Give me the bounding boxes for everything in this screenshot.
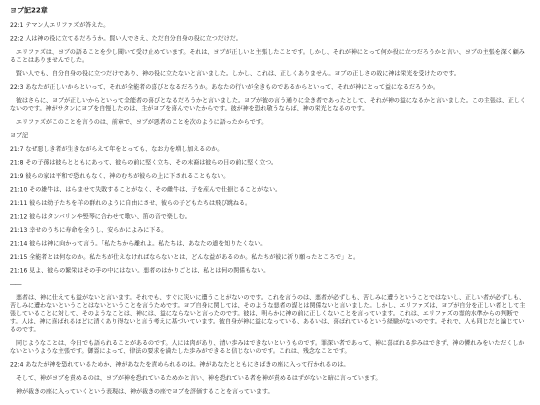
document-page: ヨブ記22章 22:1 テマン人エリファズが答えた。22:2 人は神の役に立てる…: [0, 0, 540, 405]
commentary-paragraph: 彼はさらに、ヨブが正しいからといって全能者の喜びとなるだろうかと言いました。ヨブ…: [10, 97, 530, 113]
commentary-paragraph: 同じようなことは、今日でも語られることがあるのです。人には肉があり、清い歩みはで…: [10, 339, 530, 355]
verse-line: 21:16 見よ、彼らの繁栄はその手の中にはない。悪者のはかりごとは、私とは何の…: [10, 267, 530, 275]
document-body: 22:1 テマン人エリファズが答えた。22:2 人は神の役に立てるだろうか。賢い…: [10, 21, 530, 396]
verse-line: 21:12 彼らはタンバリンや竪琴に合わせて歌い、笛の音で楽しむ。: [10, 213, 530, 221]
verse-line: 22:2 人は神の役に立てるだろうか。賢い人でさえ、ただ自分自身の役に立つだけだ…: [10, 35, 530, 43]
verse-line: 21:7 なぜ悪しき者が生きながらえて年をとっても、なお力を増し加えるのか。: [10, 145, 530, 153]
commentary-paragraph: エリファズがこのことを言うのは、前章で、ヨブが悪者のことを次のように語ったからで…: [10, 118, 530, 126]
verse-line: 21:9 彼らの家は平和で恐れもなく、神のむちが彼らの上に下されることもない。: [10, 172, 530, 180]
commentary-paragraph: 神が裁きの座に入っていくという表現は、神が裁きの座でヨブを評価することを言ってい…: [10, 388, 530, 396]
page-title: ヨブ記22章: [10, 7, 530, 16]
verse-line: 21:15 全能者とは何なのか。私たちが仕えなければならないとは、どんな益がある…: [10, 253, 530, 261]
verse-line: 22:3 あなたが正しいからといって、それが全能者の喜びとなるだろうか。あなたの…: [10, 83, 530, 91]
commentary-paragraph: そして、神がヨブを責めるのは、ヨブが神を恐れているためかと言い、神を恐れている者…: [10, 374, 530, 382]
commentary-paragraph: 賢い人でも、自分自身の役に立つだけであり、神の役に立たないと言いました。しかし、…: [10, 70, 530, 78]
verse-line: 22:1 テマン人エリファズが答えた。: [10, 21, 530, 29]
verse-line: 21:8 その子孫は彼らとともにあって、彼らの前に堅く立ち、その末裔は彼らの目の…: [10, 159, 530, 167]
verse-line: 21:14 彼らは神に向かって言う。「私たちから離れよ。私たちは、あなたの道を知…: [10, 240, 530, 248]
verse-line: 21:10 その雄牛は、はらませて失敗することがなく、その雌牛は、子を産んで仕損…: [10, 186, 530, 194]
verse-line: ヨブ記: [10, 132, 530, 140]
commentary-paragraph: 悪者は、神に仕えても益がないと言います。それでも、すぐに災いに遭うことがないので…: [10, 294, 530, 334]
separator-dashes: ――: [10, 280, 530, 288]
verse-line: 22:4 あなたが神を恐れているためか、神があなたを責められるのは。神があなたと…: [10, 361, 530, 369]
verse-line: 21:13 幸せのうちに寿命を全うし、安らかによみに下る。: [10, 226, 530, 234]
verse-line: 21:11 彼らは幼子たちを羊の群れのように自由にさせ、彼らの子どもたちは飛び跳…: [10, 199, 530, 207]
document-viewport: ヨブ記22章 22:1 テマン人エリファズが答えた。22:2 人は神の役に立てる…: [0, 0, 540, 405]
commentary-paragraph: エリファズは、ヨブの語ることを少し聞いて受け止めています。それは、ヨブが正しいと…: [10, 48, 530, 64]
